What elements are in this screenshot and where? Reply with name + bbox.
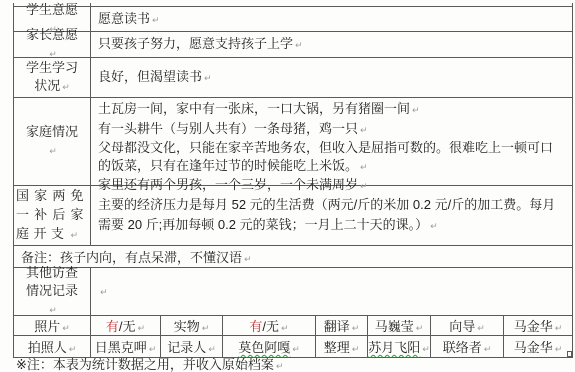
cell-text: 向导 <box>449 316 485 335</box>
cell-text: 日黑克呷 <box>95 337 157 356</box>
row-student-wish: 学生意愿 愿意读书 <box>14 7 572 32</box>
row-other-visit-record: 其他访查情况记录 <box>14 268 572 316</box>
photo-label-cell: 照片 <box>14 316 91 335</box>
label-cell: 学生学习状况 <box>14 58 91 97</box>
value-cell: 主要的经济压力是每月 52 元的生活费（两元/斤的米加 0.2 元/斤的加工费。… <box>91 186 572 245</box>
cell-text: 马巍莹 <box>375 316 424 335</box>
value-cell <box>91 268 572 315</box>
photographer-label-cell: 拍照人 <box>14 336 91 357</box>
paragraph: 有一头耕牛（与别人共有）一条母猪，鸡一只 <box>98 120 565 140</box>
cell-text: 苏月飞阳 <box>368 340 420 355</box>
remark-cell: 备注：孩子内向，有点呆滞，不懂汉语 <box>14 246 572 267</box>
footnote: ※注：本表为统计数据之用，并收入原始档案 <box>16 357 283 372</box>
liaison-name-cell: 马金华 <box>504 336 572 357</box>
cell-text: 莫色阿嘎 <box>238 340 290 355</box>
guide-name-cell: 马金华 <box>504 316 572 335</box>
photo-no-text: /无 <box>119 319 136 334</box>
cell-text: 马金华 <box>514 337 563 356</box>
recorder-label-cell: 记录人 <box>161 336 223 357</box>
label-text: 其他访查情况记录 <box>22 264 82 319</box>
cell-text: 记录人 <box>167 337 216 356</box>
label-text: 国家两免一补后家庭开支 <box>16 186 88 245</box>
empty-paragraph-mark <box>98 282 108 301</box>
value-cell: 愿意读书 <box>91 7 572 31</box>
column-divider <box>90 3 91 6</box>
object-no-text: /无 <box>262 319 279 334</box>
value-cell: 土瓦房一间，家中有一张床，一口大锅，另有猪圈一间 有一头耕牛（与别人共有）一条母… <box>91 98 572 185</box>
cell-text: 照片 <box>34 316 70 335</box>
cell-text: 马金华 <box>514 316 563 335</box>
label-text: 学生学习状况 <box>22 59 82 96</box>
organizer-label-cell: 整理 <box>316 336 368 357</box>
row-staff: 拍照人 日黑克呷 记录人 莫色阿嘎 整理 苏月飞阳 联络者 马金华 <box>14 336 572 357</box>
liaison-label-cell: 联络者 <box>431 336 504 357</box>
row-parent-wish: 家长意愿 只要孩子努力，愿意支持孩子上学 <box>14 32 572 58</box>
row-state-subsidy-expense: 国家两免一补后家庭开支 主要的经济压力是每月 52 元的生活费（两元/斤的米加 … <box>14 186 572 246</box>
survey-table: 学生意愿 愿意读书 家长意愿 只要孩子努力，愿意支持孩子上学 学生学习状况 良好… <box>13 3 573 358</box>
cell-text: 联络者 <box>443 337 492 356</box>
guide-label-cell: 向导 <box>431 316 504 335</box>
value-text: 只要孩子努力，愿意支持孩子上学 <box>98 35 303 54</box>
row-study-status: 学生学习状况 良好，但渴望读书 <box>14 58 572 98</box>
value-text: 愿意读书 <box>98 10 160 29</box>
value-cell: 只要孩子努力，愿意支持孩子上学 <box>91 32 572 57</box>
end-of-table-marker <box>567 351 572 357</box>
table-top-partial-row <box>14 3 572 7</box>
label-cell: 家庭情况 <box>14 98 91 185</box>
row-photo: 照片 有/无 实物 有/无 翻译 马巍莹 向导 马金华 <box>14 316 572 336</box>
recorder-name-cell: 莫色阿嘎 <box>223 336 316 357</box>
label-cell: 国家两免一补后家庭开支 <box>14 186 91 245</box>
cell-text: 翻译 <box>324 316 360 335</box>
organizer-name-cell: 苏月飞阳 <box>368 336 431 357</box>
translator-name-cell: 马巍莹 <box>368 316 431 335</box>
cell-text: 实物 <box>174 316 210 335</box>
label-cell: 其他访查情况记录 <box>14 268 91 315</box>
object-label-cell: 实物 <box>161 316 223 335</box>
label-cell: 家长意愿 <box>14 32 91 57</box>
cell-text: 整理 <box>324 337 360 356</box>
value-text: 良好，但渴望读书 <box>98 68 212 87</box>
object-yes-text: 有 <box>249 319 262 334</box>
photo-availability-cell: 有/无 <box>91 316 161 335</box>
row-remark: 备注：孩子内向，有点呆滞，不懂汉语 <box>14 246 572 268</box>
footnote-text: ※注：本表为统计数据之用，并收入原始档案 <box>16 357 283 372</box>
photographer-name-cell: 日黑克呷 <box>91 336 161 357</box>
translator-label-cell: 翻译 <box>316 316 368 335</box>
label-text: 家庭情况 <box>22 123 82 160</box>
cell-text: 拍照人 <box>28 337 77 356</box>
photo-yes-text: 有 <box>106 319 119 334</box>
row-family-situation: 家庭情况 土瓦房一间，家中有一张床，一口大锅，另有猪圈一间 有一头耕牛（与别人共… <box>14 98 572 186</box>
object-availability-cell: 有/无 <box>223 316 316 335</box>
paragraph: 土瓦房一间，家中有一张床，一口大锅，另有猪圈一间 <box>98 100 565 120</box>
value-text: 主要的经济压力是每月 52 元的生活费（两元/斤的米加 0.2 元/斤的加工费。… <box>98 195 565 236</box>
paragraph: 父母都没文化，只能在家辛苦地务农，但收入是屈指可数的。很难吃上一顿可口的饭菜，只… <box>98 139 565 176</box>
value-cell: 良好，但渴望读书 <box>91 58 572 97</box>
